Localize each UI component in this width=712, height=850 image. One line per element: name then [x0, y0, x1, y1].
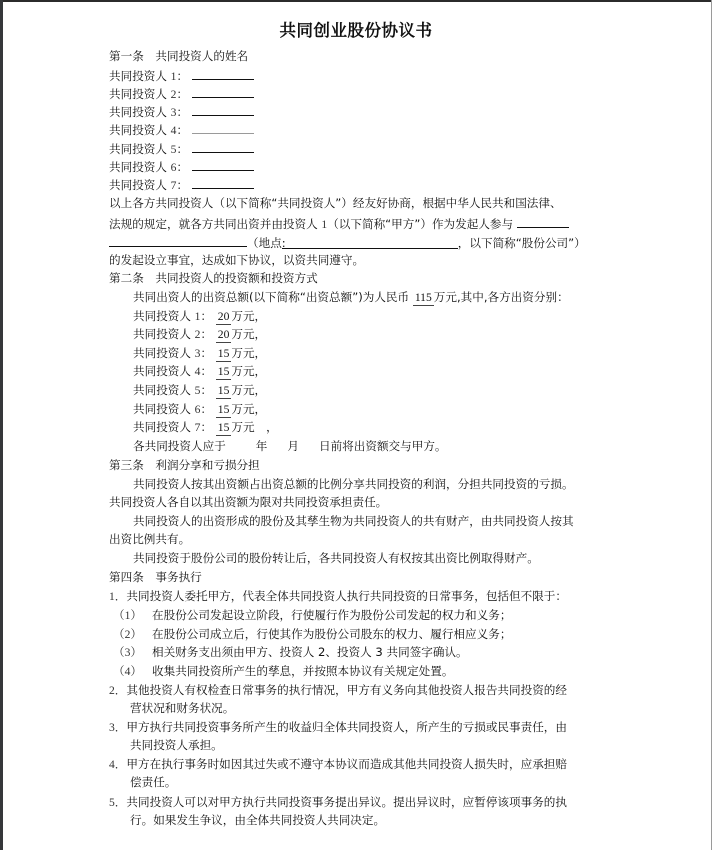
investor-label: 共同投资人 — [133, 402, 191, 416]
item-number: 4． — [109, 758, 126, 771]
colon: ： — [176, 123, 188, 137]
colon: ： — [200, 327, 212, 341]
contribution-amount[interactable]: 20 — [216, 328, 232, 343]
subitem-number: （4） — [113, 665, 152, 679]
item-text: 共同投资人可以对甲方执行共同投资事务提出异议。提出异议时，应暂停该项事务的执 — [126, 795, 567, 809]
contribution-amount[interactable]: 15 — [216, 421, 232, 436]
colon: ： — [176, 87, 188, 101]
investor-label: 共同投资人 — [133, 327, 191, 341]
colon: ： — [200, 309, 212, 323]
item-text: 共同投资人委托甲方，代表全体共同投资人执行共同投资的日常事务，包括但不限于： — [126, 589, 567, 603]
article1-heading: 第一条 共同投资人的姓名 — [109, 49, 248, 63]
unit: 万元， — [231, 402, 266, 416]
article4-item-continuation: 共同投资人承担。 — [130, 738, 223, 752]
item-number: 1． — [109, 590, 126, 603]
colon: ： — [200, 346, 212, 360]
month-label: 月 — [287, 439, 299, 453]
article4-item: 3．甲方执行共同投资事务所产生的收益归全体共同投资人，所产生的亏损或民事责任，由 — [109, 720, 567, 735]
contribution-row: 共同投资人 7： 15万元 ， — [133, 420, 278, 436]
unit: 万元， — [231, 364, 266, 378]
location-blank[interactable]: : — [282, 236, 458, 249]
article4-item-continuation: 营状况和财务状况。 — [130, 701, 234, 715]
colon: ： — [176, 178, 188, 192]
article4-item: 1．共同投资人委托甲方，代表全体共同投资人执行共同投资的日常事务，包括但不限于： — [109, 589, 567, 604]
text: 共同出资人的出资总额(以下简称“出资总额”)为人民币 — [133, 290, 409, 304]
company-name-blank-end[interactable] — [109, 234, 247, 247]
investor-name-blank[interactable] — [192, 67, 254, 80]
article4-item: 2．其他投资人有权检查日常事务的执行情况，甲方有义务向其他投资人报告共同投资的经 — [109, 683, 567, 698]
investor-label: 共同投资人 — [109, 105, 167, 119]
investor-label: 共同投资人 — [109, 123, 167, 137]
investor-name-row: 共同投资人 4： — [109, 121, 254, 138]
item-number: 2． — [109, 684, 126, 697]
subitem-text: 收集共同投资所产生的孳息，并按照本协议有关规定处置。 — [152, 664, 453, 678]
investor-label: 共同投资人 — [109, 69, 167, 83]
investor-label: 共同投资人 — [109, 87, 167, 101]
colon: : — [282, 236, 286, 250]
article4-subitem: （4）收集共同投资所产生的孳息，并按照本协议有关规定处置。 — [113, 664, 453, 679]
investor-name-row: 共同投资人 6： — [109, 158, 254, 175]
investor-label: 共同投资人 — [133, 383, 191, 397]
document-title: 共同创业股份协议书 — [0, 17, 712, 41]
investor-name-blank[interactable] — [192, 103, 254, 116]
article1-paragraph-line: 以上各方共同投资人（以下简称“共同投资人”）经友好协商，根据中华人民共和国法律、 — [109, 196, 562, 210]
item-text: 其他投资人有权检查日常事务的执行情况，甲方有义务向其他投资人报告共同投资的经 — [126, 683, 567, 697]
subitem-number: （2） — [113, 628, 152, 642]
text: （地点 — [247, 236, 282, 250]
text: 法规的规定，就各方共同出资并由投资人 — [109, 217, 318, 231]
contribution-row: 共同投资人 1： 20万元， — [133, 309, 266, 325]
investor-name-blank[interactable] — [192, 158, 254, 171]
item-text: 甲方在执行事务时如因其过失或不遵守本协议而造成其他共同投资人损失时，应承担赔 — [126, 757, 567, 771]
colon: ： — [200, 420, 212, 434]
contribution-row: 共同投资人 3： 15万元， — [133, 346, 266, 362]
window-border-left — [0, 0, 3, 850]
subitem-number: （1） — [113, 609, 152, 623]
article3-paragraph-line: 共同投资人的出资形成的股份及其孳生物为共同投资人的共有财产，由共同投资人按其 — [133, 514, 574, 528]
contribution-row: 共同投资人 6： 15万元， — [133, 402, 266, 418]
unit: 万元， — [231, 327, 266, 341]
document-page: 共同创业股份协议书 第一条 共同投资人的姓名 共同投资人 1： 共同投资人 2：… — [0, 0, 712, 850]
investor-name-blank[interactable] — [192, 176, 254, 189]
contribution-amount[interactable]: 15 — [216, 384, 232, 399]
item-number: 3． — [109, 721, 126, 734]
subitem-number: （3） — [113, 646, 152, 660]
item-text: 甲方执行共同投资事务所产生的收益归全体共同投资人，所产生的亏损或民事责任，由 — [126, 720, 567, 734]
window-border-top — [0, 0, 712, 2]
investor-name-row: 共同投资人 3： — [109, 103, 254, 120]
article4-item-continuation: 偿责任。 — [130, 775, 176, 789]
contribution-row: 共同投资人 2： 20万元， — [133, 327, 266, 343]
subitem-text: 在股份公司成立后，行使其作为股份公司股东的权力、履行相应义务； — [152, 627, 511, 641]
article4-heading: 第四条 事务执行 — [109, 570, 202, 584]
article2-heading: 第二条 共同投资人的投资额和投资方式 — [109, 271, 318, 285]
investor-name-blank[interactable] — [192, 140, 254, 153]
investor-name-row: 共同投资人 1： — [109, 67, 254, 84]
investor-name-blank[interactable] — [192, 121, 254, 134]
payment-deadline-line: 各共同投资人应于年月日前将出资额交与甲方。 — [133, 439, 447, 453]
text: 日前将出资额交与甲方。 — [319, 439, 447, 453]
article3-heading: 第三条 利润分享和亏损分担 — [109, 458, 260, 472]
investor-label: 共同投资人 — [109, 142, 167, 156]
article4-item-continuation: 行。如果发生争议，由全体共同投资人共同决定。 — [130, 813, 385, 827]
contribution-row: 共同投资人 4： 15万元， — [133, 364, 266, 380]
investor-name-blank[interactable] — [192, 85, 254, 98]
colon: ： — [200, 402, 212, 416]
article1-paragraph-line: 法规的规定，就各方共同出资并由投资人 1（以下简称“甲方”）作为发起人参与 — [109, 215, 569, 232]
investor-name-row: 共同投资人 7： — [109, 176, 254, 193]
item-number: 5． — [109, 796, 126, 809]
investor-label: 共同投资人 — [133, 364, 191, 378]
colon: ： — [176, 142, 188, 156]
article3-paragraph-line: 共同投资人按其出资额占出资总额的比例分享共同投资的利润，分担共同投资的亏损。 — [133, 477, 574, 491]
contribution-amount[interactable]: 15 — [216, 403, 232, 418]
investor-label: 共同投资人 — [109, 178, 167, 192]
unit: 万元 ， — [231, 420, 277, 434]
contribution-amount[interactable]: 15 — [216, 365, 232, 380]
text: （以下简称“甲方”）作为发起人参与 — [327, 217, 513, 231]
investor-label: 共同投资人 — [133, 346, 191, 360]
article4-subitem: （2）在股份公司成立后，行使其作为股份公司股东的权力、履行相应义务； — [113, 627, 511, 642]
company-name-blank-start[interactable] — [517, 215, 569, 228]
colon: ： — [176, 69, 188, 83]
subitem-text: 相关财务支出须由甲方、投资人 2、投资人 3 共同签字确认。 — [152, 645, 468, 659]
subitem-text: 在股份公司发起设立阶段，行使履行作为股份公司发起的权力和义务； — [152, 608, 511, 622]
article3-paragraph-line: 共同投资人各自以其出资额为限对共同投资承担责任。 — [109, 495, 387, 509]
total-investment-line: 共同出资人的出资总额(以下简称“出资总额”)为人民币 115万元,其中,各方出资… — [133, 290, 569, 306]
article4-subitem: （1）在股份公司发起设立阶段，行使履行作为股份公司发起的权力和义务； — [113, 608, 511, 623]
colon: ： — [200, 383, 212, 397]
colon: ： — [176, 105, 188, 119]
article3-paragraph-line: 共同投资于股份公司的股份转让后，各共同投资人有权按其出资比例取得财产。 — [133, 551, 539, 565]
article4-subitem: （3）相关财务支出须由甲方、投资人 2、投资人 3 共同签字确认。 — [113, 645, 468, 660]
colon: ： — [200, 364, 212, 378]
unit: 万元， — [231, 383, 266, 397]
article1-paragraph-line: （地点:，以下简称“股份公司”） — [109, 234, 586, 250]
investor-label: 共同投资人 — [133, 420, 191, 434]
investor-label: 共同投资人 — [109, 160, 167, 174]
total-amount-value[interactable]: 115 — [413, 291, 434, 306]
contribution-amount[interactable]: 20 — [216, 310, 232, 325]
unit: 万元， — [231, 346, 266, 360]
text: 各共同投资人应于 — [133, 439, 226, 453]
article4-item: 4．甲方在执行事务时如因其过失或不遵守本协议而造成其他共同投资人损失时，应承担赔 — [109, 757, 567, 772]
article3-paragraph-line: 出资比例共有。 — [109, 532, 190, 546]
article4-item: 5．共同投资人可以对甲方执行共同投资事务提出异议。提出异议时，应暂停该项事务的执 — [109, 795, 567, 810]
colon: ： — [176, 160, 188, 174]
investor-name-row: 共同投资人 2： — [109, 85, 254, 102]
contribution-amount[interactable]: 15 — [216, 347, 232, 362]
text: 万元,其中,各方出资分别： — [434, 290, 569, 304]
unit: 万元， — [231, 309, 266, 323]
investor-name-row: 共同投资人 5： — [109, 140, 254, 157]
article1-paragraph-line: 的发起设立事宜，达成如下协议，以资共同遵守。 — [109, 253, 364, 267]
text: ，以下简称“股份公司”） — [458, 236, 586, 250]
investor-label: 共同投资人 — [133, 309, 191, 323]
contribution-row: 共同投资人 5： 15万元， — [133, 383, 266, 399]
year-label: 年 — [256, 439, 268, 453]
